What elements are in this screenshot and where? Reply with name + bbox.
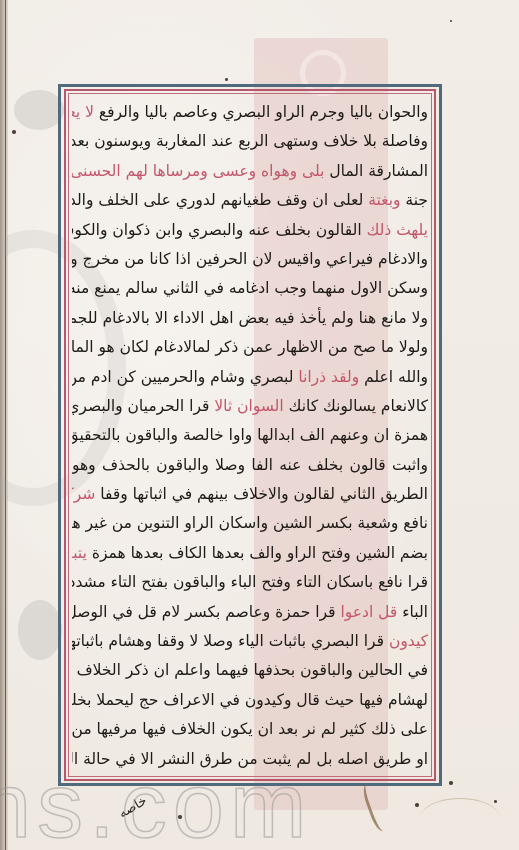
text-line: لهشام فيها حيث قال وكيدون في الاعراف حج … — [72, 686, 428, 715]
text-line: ولولا ما صح من الاظهار عمن ذكر لمالادغام… — [72, 333, 428, 362]
text-line: والله اعلم ولقد ذرانا لبصري وشام والحرمي… — [72, 363, 428, 392]
rubric: يتبعوكم — [72, 544, 87, 562]
text-line: واثبت قالون بخلف عنه الفا وصلا والباقون … — [72, 451, 428, 480]
text-line: ولا مانع هنا ولم يأخذ فيه بعض اهل الاداء… — [72, 304, 428, 333]
text-line: كالانعام يسالونك كانك السوان ثالا قرا ال… — [72, 392, 428, 421]
rubric: ولقد ذرانا — [298, 368, 359, 386]
text-line: يلهث ذلك القالون بخلف عنه والبصري وابن ذ… — [72, 216, 428, 245]
text-line: بضم الشين وفتح الراو والف بعدها الكاف بع… — [72, 539, 428, 568]
paper-speck — [12, 130, 16, 134]
text-line: الباء قل ادعوا قرا حمزة وعاصم بكسر لام ق… — [72, 598, 428, 627]
rubric: قل ادعوا — [340, 603, 397, 621]
watermark-text: ns.com — [0, 760, 313, 850]
text-line: وسكن الاول منهما وجب ادغامه في الثاني سا… — [72, 274, 428, 303]
manuscript-text: والحوان باليا وجرم الراو البصري وعاصم با… — [72, 98, 428, 774]
paper-speck — [225, 78, 228, 81]
paper-speck — [415, 803, 419, 807]
text-line: في الحالين والباقون بحذفها فيهما واعلم ا… — [72, 656, 428, 685]
text-line: كيدون قرا البصري باثبات الياء وصلا لا وق… — [72, 627, 428, 656]
text-line: جنة وبغتة لعلى ان وقف طغيانهم لدوري على … — [72, 186, 428, 215]
paper-speck — [494, 800, 497, 803]
rubric: السوان ثالا — [214, 397, 283, 415]
text-line: المشارقة المال بلى وهواه وعسى ومرساها له… — [72, 157, 428, 186]
rubric: يلهث ذلك — [367, 221, 428, 239]
text-line: قرا نافع باسكان التاء وفتح الباء والباقو… — [72, 568, 428, 597]
rubric: لا يعلمون — [72, 103, 94, 121]
rubric: كيدون — [389, 632, 428, 650]
text-line: همزة ان وعنهم الف ابدالها واوا خالصة وال… — [72, 421, 428, 450]
manuscript-page: والحوان باليا وجرم الراو البصري وعاصم با… — [0, 0, 519, 850]
text-line: والادغام فيراعي واقيس لان الحرفين اذا كا… — [72, 245, 428, 274]
paper-speck — [449, 781, 453, 785]
text-line: نافع وشعبة بكسر الشين واسكان الراو التنو… — [72, 509, 428, 538]
text-line: وفاصلة بلا خلاف وستهى الربع عند المغاربة… — [72, 127, 428, 156]
ink-blot — [18, 600, 62, 660]
text-line: على ذلك كثير لم نر بعد ان يكون الخلاف في… — [72, 715, 428, 744]
rubric: شركا — [72, 485, 95, 503]
text-line: والحوان باليا وجرم الراو البصري وعاصم با… — [72, 98, 428, 127]
loose-thread — [420, 798, 500, 839]
ink-blot — [14, 90, 64, 130]
paper-speck — [450, 20, 452, 22]
rubric: بلى وهواه وعسى ومرساها لهم الحسنى — [72, 162, 324, 180]
text-line: الطريق الثاني لقالون والاخلاف بينهم في ا… — [72, 480, 428, 509]
rubric: وبغتة — [368, 191, 400, 209]
